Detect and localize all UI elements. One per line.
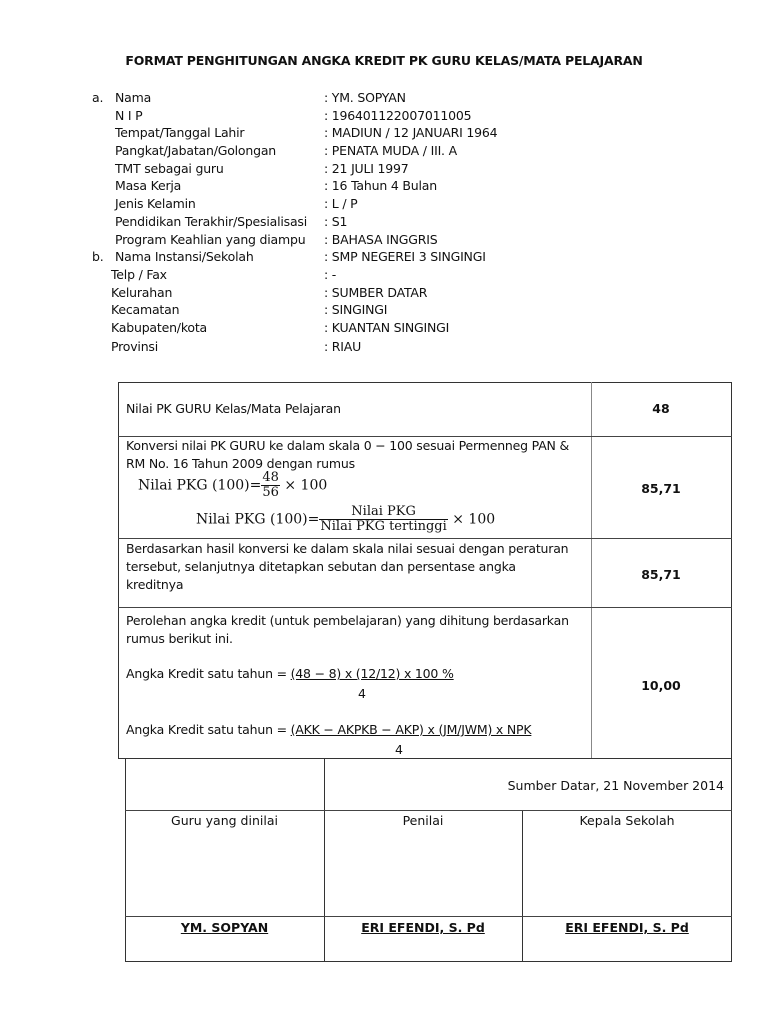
identity-label: Nama Instansi/Sekolah: [115, 249, 254, 264]
identity-value: : RIAU: [324, 339, 361, 354]
identity-value: : YM. SOPYAN: [324, 90, 406, 105]
identity-value: : S1: [324, 214, 347, 229]
name-penilai: ERI EFENDI, S. Pd: [324, 920, 522, 935]
place-date: Sumber Datar, 21 November 2014: [324, 778, 724, 793]
name-kepala-sekolah: ERI EFENDI, S. Pd: [522, 920, 732, 935]
angka-kredit-value: 10,00: [591, 678, 731, 693]
identity-label: Masa Kerja: [115, 178, 181, 193]
sebutan-text-line3: kreditnya: [126, 576, 183, 594]
identity-value: : L / P: [324, 196, 357, 211]
identity-label: N I P: [115, 108, 143, 123]
identity-value: : SUMBER DATAR: [324, 285, 427, 300]
identity-value: : PENATA MUDA / III. A: [324, 143, 457, 158]
column-divider: [522, 810, 523, 962]
konversi-formula-numeric: Nilai PKG (100)=4856 × 100: [138, 471, 327, 500]
formula-lhs: Nilai PKG (100)=: [196, 512, 319, 528]
identity-label: Kabupaten/kota: [111, 320, 207, 335]
sebutan-text-line2: tersebut, selanjutnya ditetapkan sebutan…: [126, 558, 516, 576]
identity-label: Program Keahlian yang diampu: [115, 232, 305, 247]
perolehan-text-line2: rumus berikut ini.: [126, 630, 233, 648]
identity-label: Pangkat/Jabatan/Golongan: [115, 143, 276, 158]
document-title: FORMAT PENGHITUNGAN ANGKA KREDIT PK GURU…: [0, 53, 768, 68]
identity-value: : MADIUN / 12 JANUARI 1964: [324, 125, 497, 140]
konversi-value: 85,71: [591, 481, 731, 496]
identity-label: Nama: [115, 90, 151, 105]
formula-fraction: 4856: [261, 471, 280, 500]
row-divider: [125, 916, 732, 917]
identity-label: Tempat/Tanggal Lahir: [115, 125, 244, 140]
pk-guru-label: Nilai PK GURU Kelas/Mata Pelajaran: [126, 400, 341, 418]
formula-numerator: (AKK − AKPKB − AKP) x (JM/JWM) x NPK: [291, 722, 532, 737]
identity-label: Telp / Fax: [111, 267, 167, 282]
formula-numerator: (48 − 8) x (12/12) x 100 %: [291, 666, 454, 681]
identity-value: : BAHASA INGGRIS: [324, 232, 437, 247]
fraction-denominator: Nilai PKG tertinggi: [319, 520, 447, 534]
row-divider: [125, 810, 732, 811]
identity-label: TMT sebagai guru: [115, 161, 224, 176]
angka-kredit-formula-general: Angka Kredit satu tahun = (AKK − AKPKB −…: [126, 721, 531, 739]
role-guru: Guru yang dinilai: [125, 813, 324, 828]
identity-value: : 196401122007011005: [324, 108, 471, 123]
identity-value: : -: [324, 267, 336, 282]
identity-label: Provinsi: [111, 339, 158, 354]
konversi-text-line1: Konversi nilai PK GURU ke dalam skala 0 …: [126, 437, 569, 455]
name-guru: YM. SOPYAN: [125, 920, 324, 935]
formula-rhs: × 100: [284, 478, 327, 494]
angka-kredit-formula-numeric: Angka Kredit satu tahun = (48 − 8) x (12…: [126, 665, 454, 683]
identity-value: : SMP NEGEREI 3 SINGINGI: [324, 249, 486, 264]
identity-value: : KUANTAN SINGINGI: [324, 320, 449, 335]
perolehan-text-line1: Perolehan angka kredit (untuk pembelajar…: [126, 612, 569, 630]
identity-row-nama: a. Nama : YM. SOPYAN: [0, 90, 768, 108]
formula-lhs: Nilai PKG (100)=: [138, 478, 261, 494]
konversi-formula-general: Nilai PKG (100)=Nilai PKGNilai PKG terti…: [196, 505, 495, 534]
identity-value: : SINGINGI: [324, 302, 387, 317]
role-penilai: Penilai: [324, 813, 522, 828]
formula-label: Angka Kredit satu tahun =: [126, 722, 291, 737]
formula-rhs: × 100: [452, 512, 495, 528]
pk-guru-value: 48: [591, 401, 731, 416]
identity-label: Pendidikan Terakhir/Spesialisasi: [115, 214, 307, 229]
formula-fraction: Nilai PKGNilai PKG tertinggi: [319, 505, 447, 534]
section-a-marker: a.: [92, 90, 103, 105]
formula-label: Angka Kredit satu tahun =: [126, 666, 291, 681]
identity-value: : 16 Tahun 4 Bulan: [324, 178, 437, 193]
identity-label: Kecamatan: [111, 302, 179, 317]
identity-label: Kelurahan: [111, 285, 172, 300]
formula-denominator: 4: [358, 685, 366, 703]
identity-value: : 21 JULI 1997: [324, 161, 409, 176]
fraction-denominator: 56: [261, 486, 280, 500]
role-kepala-sekolah: Kepala Sekolah: [522, 813, 732, 828]
sebutan-text-line1: Berdasarkan hasil konversi ke dalam skal…: [126, 540, 568, 558]
sebutan-value: 85,71: [591, 567, 731, 582]
section-b-marker: b.: [92, 249, 104, 264]
fraction-numerator: 48: [261, 471, 280, 486]
identity-label: Jenis Kelamin: [115, 196, 196, 211]
fraction-numerator: Nilai PKG: [319, 505, 447, 520]
row-divider: [118, 607, 732, 608]
row-divider: [118, 538, 732, 539]
formula-denominator: 4: [395, 741, 403, 759]
